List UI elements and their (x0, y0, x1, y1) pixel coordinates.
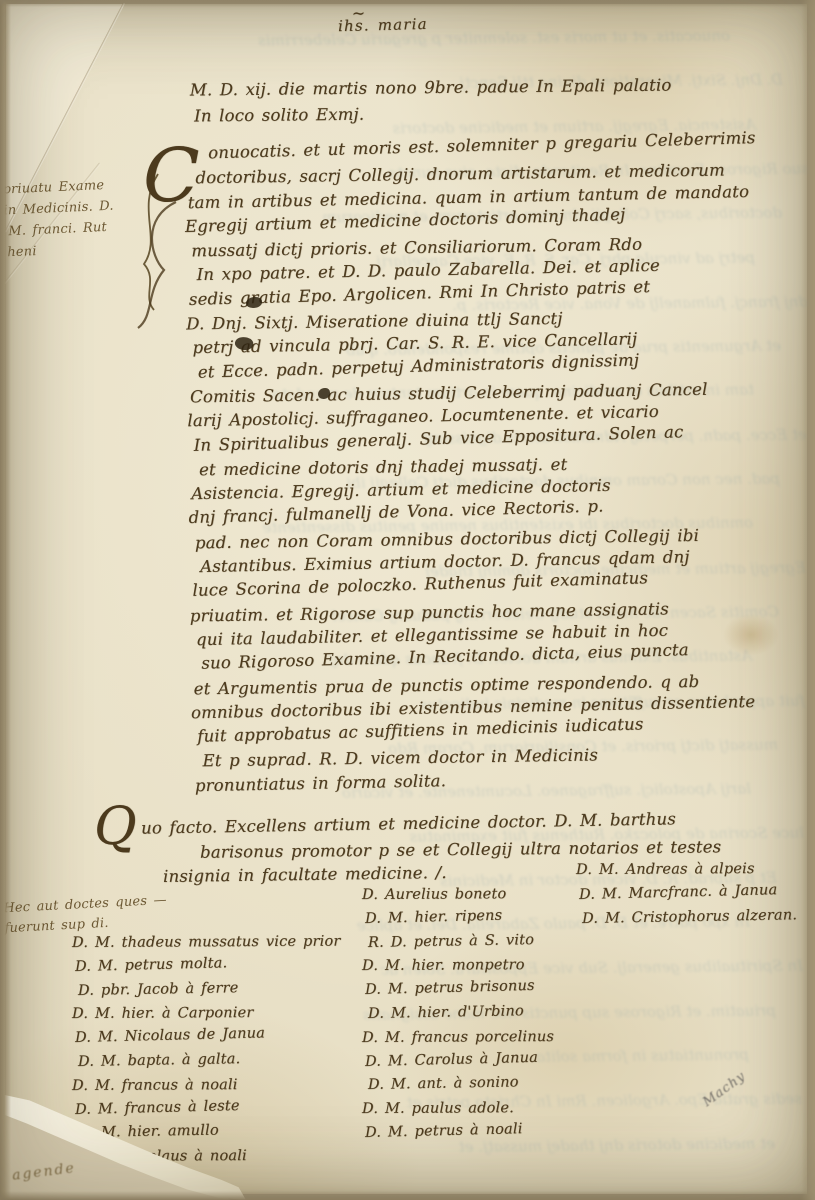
witness-name: R. D. petrus à S. vito (368, 928, 554, 955)
act-paragraph: onuocatis. et ut moris est. solemniter p… (150, 136, 758, 799)
witness-name: D. M. bapta. à galta. (78, 1046, 341, 1074)
margin-note: priuatu Examein Medicinis. D.M. franci. … (2, 178, 116, 267)
dateline: M. D. xij. die martis nono 9bre. padue I… (190, 75, 672, 132)
underlying-text-fragment: agende (11, 1160, 76, 1184)
witness-column-right: D. M. Andreas à alpeisD. M. Marcfranc. à… (576, 858, 797, 932)
invocation-header: ~ ihs. maria (338, 15, 428, 35)
manuscript-photo: onuocatis. et ut moris est. solemniter p… (0, 0, 815, 1200)
witness-name: D. M. petrus brisonus (365, 975, 555, 1003)
witness-name: D. M. petrus à noali (365, 1117, 555, 1145)
witness-name: D. M. Cristophorus alzeran. (582, 903, 798, 931)
witness-name: D. M. hier. ripens (365, 903, 555, 931)
tilde-mark: ~ (351, 3, 366, 22)
dateline-line: In loco solito Exmj. (194, 101, 672, 132)
conclusion-line: insignia in facultate medicine. /. (163, 863, 447, 886)
witness-column-left: D. M. thadeus mussatus vice priorD. M. p… (72, 932, 341, 1170)
witness-column-middle: D. Aurelius bonetoD. M. hier. ripensR. D… (362, 884, 554, 1146)
witness-name: D. pbr. Jacob à ferre (78, 975, 341, 1003)
initial-capital-Q: Q (94, 804, 137, 850)
witness-name: D. M. ant. à sonino (368, 1071, 554, 1098)
witness-name: D. M. hier. d'Urbino (368, 1000, 554, 1027)
witness-name: D. M. Carolus à Janua (365, 1046, 555, 1074)
witness-name: D. M. Marcfranc. à Janua (579, 877, 798, 907)
